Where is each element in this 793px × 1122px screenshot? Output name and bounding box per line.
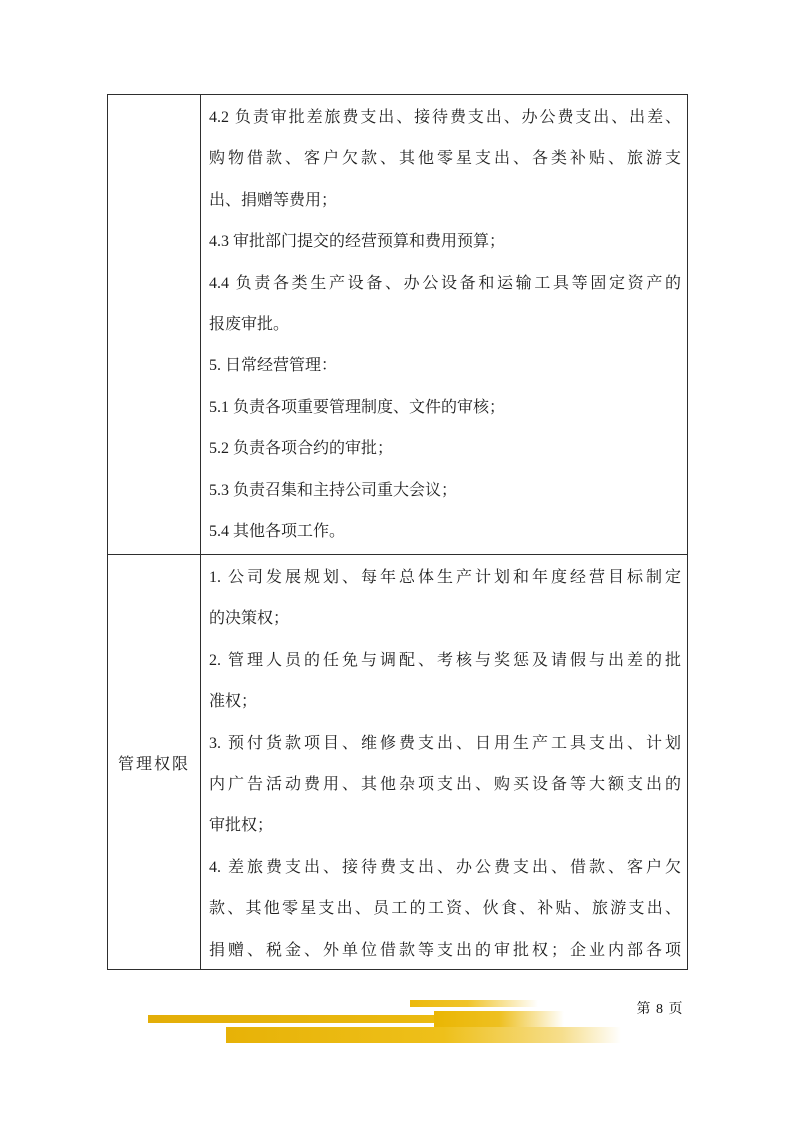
row-content-authority: 1. 公司发展规划、每年总体生产计划和年度经营目标制定的决策权；2. 管理人员的… xyxy=(201,555,687,969)
text-line: 3. 预付货款项目、维修费支出、日用生产工具支出、计划 xyxy=(209,723,681,764)
page-number: 第 8 页 xyxy=(620,998,700,1018)
text-line: 4.4 负责各类生产设备、办公设备和运输工具等固定资产的 xyxy=(209,263,681,304)
footer-gold-bar-middle-block xyxy=(434,1011,564,1028)
text-line: 准权； xyxy=(209,681,681,722)
text-line: 报废审批。 xyxy=(209,304,681,345)
footer-gold-bar-bottom xyxy=(226,1027,621,1043)
text-line: 的决策权； xyxy=(209,598,681,639)
text-line: 4.2 负责审批差旅费支出、接待费支出、办公费支出、出差、 xyxy=(209,97,681,138)
text-line: 购物借款、客户欠款、其他零星支出、各类补贴、旅游支 xyxy=(209,138,681,179)
text-line: 1. 公司发展规划、每年总体生产计划和年度经营目标制定 xyxy=(209,557,681,598)
footer-gold-bar-middle xyxy=(148,1015,438,1023)
row-label-cell: 管理权限 xyxy=(108,555,201,969)
footer-gold-bar-top xyxy=(410,1000,538,1007)
text-line: 内广告活动费用、其他杂项支出、购买设备等大额支出的 xyxy=(209,764,681,805)
table-row-authority: 管理权限 1. 公司发展规划、每年总体生产计划和年度经营目标制定的决策权；2. … xyxy=(108,555,687,969)
text-line: 审批权； xyxy=(209,805,681,846)
text-line: 5.1 负责各项重要管理制度、文件的审核； xyxy=(209,387,681,428)
text-line: 4. 差旅费支出、接待费支出、办公费支出、借款、客户欠 xyxy=(209,847,681,888)
text-line: 2. 管理人员的任免与调配、考核与奖惩及请假与出差的批 xyxy=(209,640,681,681)
document-page: 4.2 负责审批差旅费支出、接待费支出、办公费支出、出差、购物借款、客户欠款、其… xyxy=(0,0,793,1122)
row-content-duties: 4.2 负责审批差旅费支出、接待费支出、办公费支出、出差、购物借款、客户欠款、其… xyxy=(201,95,687,554)
text-line: 出、捐赠等费用； xyxy=(209,180,681,221)
row-label: 管理权限 xyxy=(118,751,190,774)
text-line: 5.2 负责各项合约的审批； xyxy=(209,428,681,469)
text-line: 5.4 其他各项工作。 xyxy=(209,511,681,552)
authority-table: 4.2 负责审批差旅费支出、接待费支出、办公费支出、出差、购物借款、客户欠款、其… xyxy=(107,94,688,970)
table-row-continued: 4.2 负责审批差旅费支出、接待费支出、办公费支出、出差、购物借款、客户欠款、其… xyxy=(108,95,687,555)
text-line: 捐赠、税金、外单位借款等支出的审批权；企业内部各项 xyxy=(209,930,681,969)
text-line: 5.3 负责召集和主持公司重大会议； xyxy=(209,470,681,511)
text-line: 4.3 审批部门提交的经营预算和费用预算； xyxy=(209,221,681,262)
row-label-cell-empty xyxy=(108,95,201,554)
text-line: 5. 日常经营管理： xyxy=(209,345,681,386)
text-line: 款、其他零星支出、员工的工资、伙食、补贴、旅游支出、 xyxy=(209,888,681,929)
